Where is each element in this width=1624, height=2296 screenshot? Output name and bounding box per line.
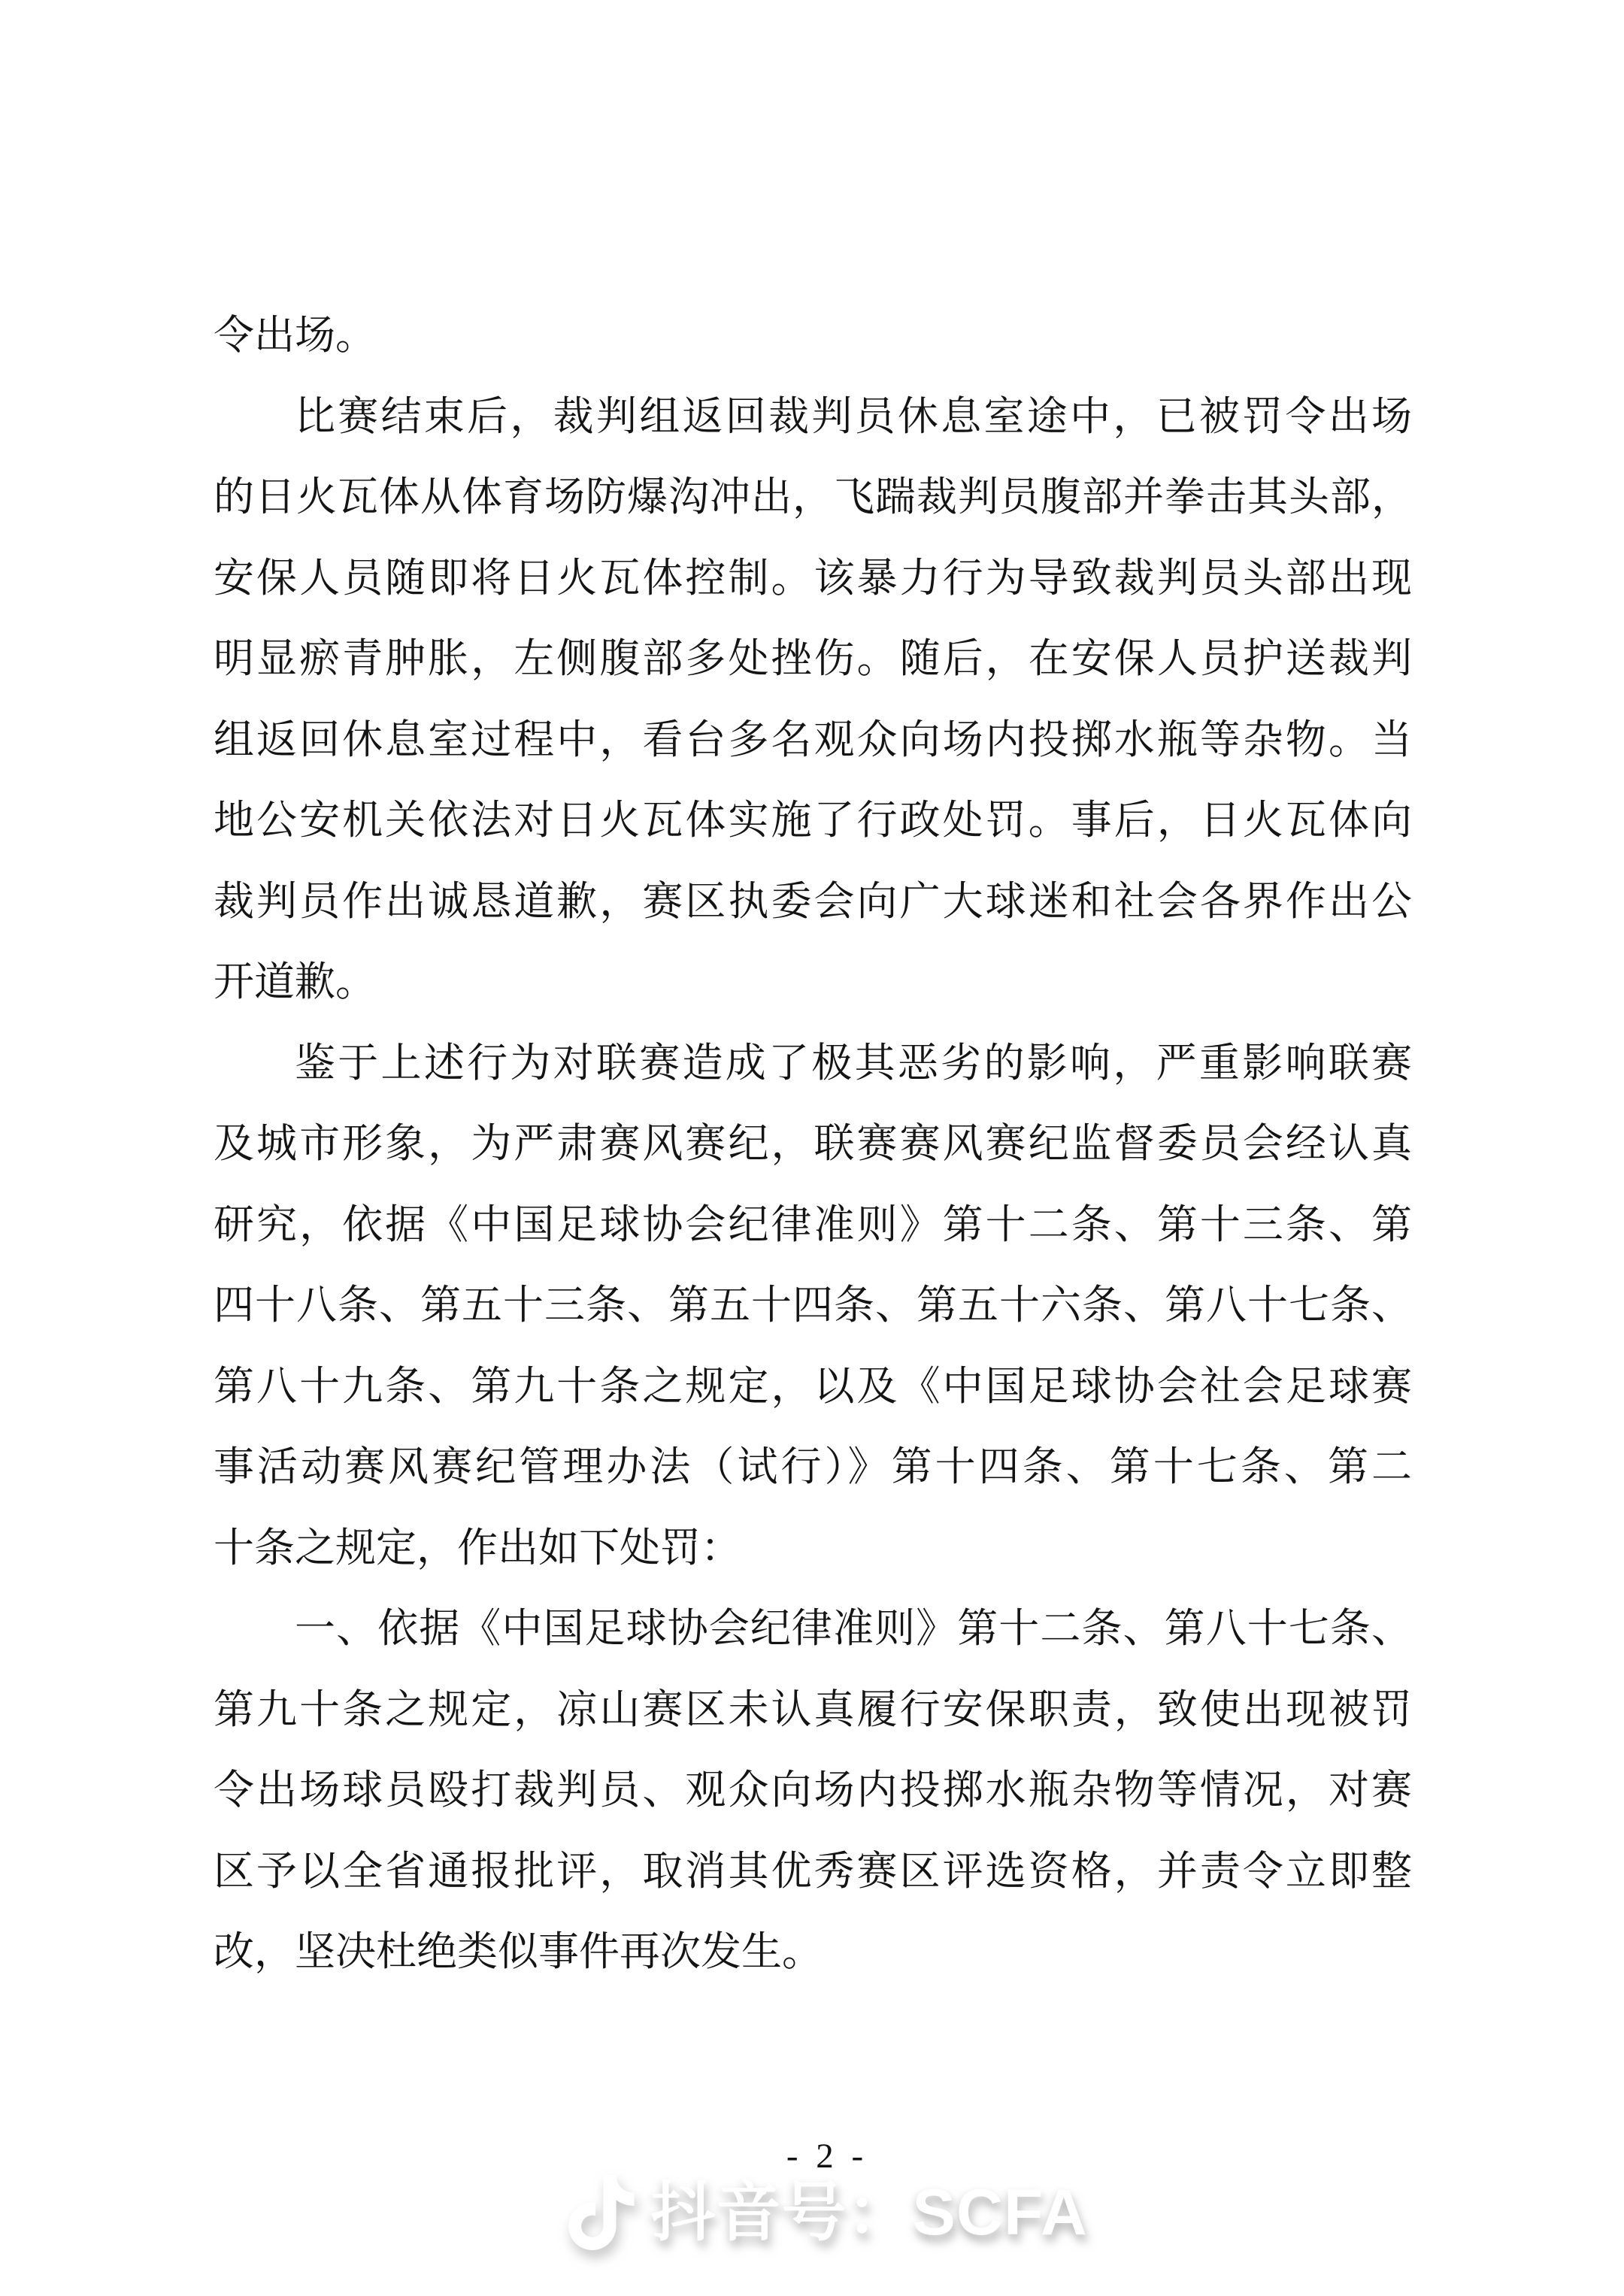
text-line: 事活动赛风赛纪管理办法（试行）》第十四条、第十七条、第二 [214,1427,1412,1508]
tiktok-note-icon [568,2175,635,2250]
watermark-label: 抖音号：SCFA [651,2175,1088,2250]
text-line: 明显瘀青肿胀，左侧腹部多处挫伤。随后，在安保人员护送裁判 [214,619,1412,700]
page-number: - 2 - [786,2134,868,2179]
text-line: 改，坚决杜绝类似事件再次发生。 [214,1912,1412,1993]
document-page: 令出场。比赛结束后，裁判组返回裁判员休息室途中，已被罚令出场的日火瓦体从体育场防… [0,0,1624,2296]
text-line: 鉴于上述行为对联赛造成了极其恶劣的影响，严重影响联赛 [214,1023,1412,1104]
text-line: 令出场球员殴打裁判员、观众向场内投掷水瓶杂物等情况，对赛 [214,1750,1412,1831]
text-line: 第八十九条、第九十条之规定，以及《中国足球协会社会足球赛 [214,1346,1412,1428]
text-line: 及城市形象，为严肃赛风赛纪，联赛赛风赛纪监督委员会经认真 [214,1104,1412,1185]
text-line: 十条之规定，作出如下处罚： [214,1508,1412,1589]
text-line: 区予以全省通报批评，取消其优秀赛区评选资格，并责令立即整 [214,1831,1412,1913]
text-line: 裁判员作出诚恳道歉，赛区执委会向广大球迷和社会各界作出公 [214,862,1412,943]
text-line: 第九十条之规定，凉山赛区未认真履行安保职责，致使出现被罚 [214,1670,1412,1751]
text-line: 比赛结束后，裁判组返回裁判员休息室途中，已被罚令出场 [214,377,1412,458]
watermark: 抖音号：SCFA [568,2175,1088,2250]
document-body: 令出场。比赛结束后，裁判组返回裁判员休息室途中，已被罚令出场的日火瓦体从体育场防… [214,295,1412,1993]
text-line: 研究，依据《中国足球协会纪律准则》第十二条、第十三条、第 [214,1185,1412,1266]
text-line: 组返回休息室过程中，看台多名观众向场内投掷水瓶等杂物。当 [214,700,1412,781]
text-line: 令出场。 [214,295,1412,377]
text-line: 地公安机关依法对日火瓦体实施了行政处罚。事后，日火瓦体向 [214,780,1412,862]
text-line: 一、依据《中国足球协会纪律准则》第十二条、第八十七条、 [214,1589,1412,1670]
text-line: 开道歉。 [214,942,1412,1023]
text-line: 四十八条、第五十三条、第五十四条、第五十六条、第八十七条、 [214,1265,1412,1346]
text-line: 的日火瓦体从体育场防爆沟冲出，飞踹裁判员腹部并拳击其头部， [214,457,1412,538]
text-line: 安保人员随即将日火瓦体控制。该暴力行为导致裁判员头部出现 [214,538,1412,619]
